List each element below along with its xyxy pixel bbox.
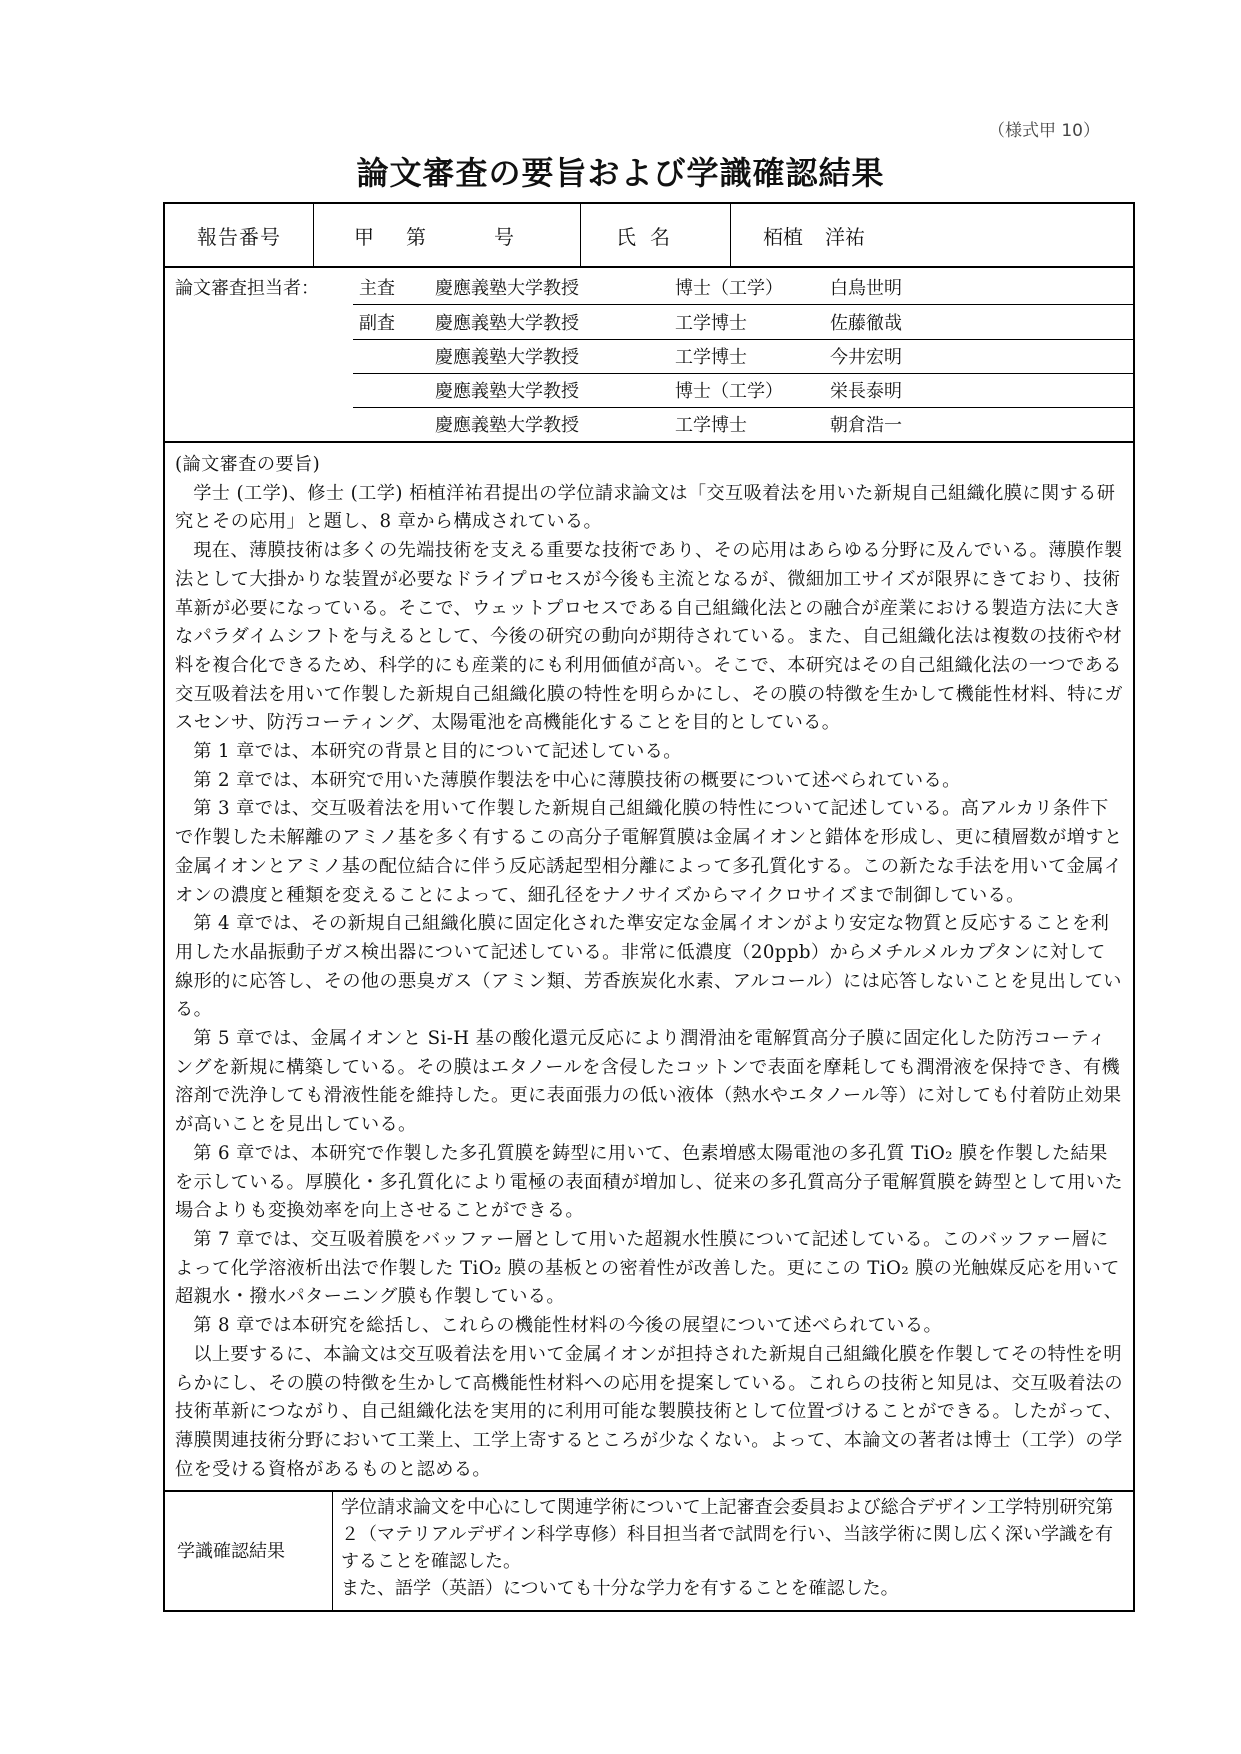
candidate-name: 栢植洋祐 [731, 204, 1133, 266]
report-number-field: 甲 第 号 [314, 204, 581, 266]
review-summary: (論文審査の要旨) 学士 (工学)、修士 (工学) 栢植洋祐君提出の学位請求論文… [165, 443, 1133, 1492]
examiner-row: 慶應義塾大学教授 工学博士 今井宏明 [353, 339, 1133, 374]
examiners-label: 論文審査担当者： [175, 274, 319, 300]
examiner-affiliation: 慶應義塾大学教授 [435, 377, 675, 403]
summary-paragraph: 第 1 章では、本研究の背景と目的について記述している。 [175, 738, 1123, 767]
examiner-name: 朝倉浩一 [830, 411, 1133, 437]
summary-paragraph: 学士 (工学)、修士 (工学) 栢植洋祐君提出の学位請求論文は「交互吸着法を用い… [175, 480, 1123, 537]
candidate-given-name: 洋祐 [825, 221, 865, 250]
summary-paragraph: 第 6 章では、本研究で作製した多孔質膜を鋳型に用いて、色素増感太陽電池の多孔質… [175, 1140, 1123, 1226]
confirmation-text: また、語学（英語）についても十分な学力を有することを確認した。 [341, 1575, 1125, 1602]
review-form: 報告番号 甲 第 号 氏名 栢植洋祐 論文審査担当者： 主査 慶應義塾大学教授 … [163, 202, 1135, 1612]
examiners-section: 論文審査担当者： 主査 慶應義塾大学教授 博士（工学） 白鳥世明 副査 慶應義塾… [165, 268, 1133, 443]
knowledge-confirmation-body: 学位請求論文を中心にして関連学術について上記審査会委員および総合デザイン工学特別… [333, 1492, 1133, 1610]
examiner-degree: 博士（工学） [675, 274, 830, 300]
summary-paragraph: 第 2 章では、本研究で用いた薄膜作製法を中心に薄膜技術の概要について述べられて… [175, 767, 1123, 796]
examiner-name: 白鳥世明 [830, 274, 1133, 300]
summary-paragraph: 以上要するに、本論文は交互吸着法を用いて金属イオンが担持された新規自己組織化膜を… [175, 1341, 1123, 1485]
examiner-name: 佐藤徹哉 [830, 309, 1133, 335]
examiner-degree: 博士（工学） [675, 377, 830, 403]
report-number-go: 号 [494, 221, 514, 250]
knowledge-confirmation-label: 学識確認結果 [165, 1492, 333, 1610]
examiner-row: 慶應義塾大学教授 博士（工学） 栄長泰明 [353, 373, 1133, 408]
summary-paragraph: 第 7 章では、交互吸着膜をバッファー層として用いた超親水性膜について記述してい… [175, 1226, 1123, 1312]
summary-heading: (論文審査の要旨) [175, 451, 1123, 480]
examiner-degree: 工学博士 [675, 411, 830, 437]
document-title: 論文審査の要旨および学識確認結果 [0, 148, 1241, 194]
examiner-row: 主査 慶應義塾大学教授 博士（工学） 白鳥世明 [353, 270, 1133, 305]
knowledge-confirmation-row: 学識確認結果 学位請求論文を中心にして関連学術について上記審査会委員および総合デ… [165, 1492, 1133, 1610]
examiner-affiliation: 慶應義塾大学教授 [435, 343, 675, 369]
summary-paragraph: 第 3 章では、交互吸着法を用いて作製した新規自己組織化膜の特性について記述して… [175, 795, 1123, 910]
summary-paragraph: 現在、薄膜技術は多くの先端技術を支える重要な技術であり、その応用はあらゆる分野に… [175, 537, 1123, 738]
examiner-row: 副査 慶應義塾大学教授 工学博士 佐藤徹哉 [353, 305, 1133, 340]
report-number-prefix: 甲 [354, 221, 374, 250]
examiner-affiliation: 慶應義塾大学教授 [435, 309, 675, 335]
confirmation-text: 学位請求論文を中心にして関連学術について上記審査会委員および総合デザイン工学特別… [341, 1494, 1125, 1575]
examiner-degree: 工学博士 [675, 343, 830, 369]
report-number-label: 報告番号 [165, 204, 314, 266]
examiner-degree: 工学博士 [675, 309, 830, 335]
examiner-role: 副査 [353, 309, 435, 335]
examiner-role: 主査 [353, 274, 435, 300]
examiner-name: 今井宏明 [830, 343, 1133, 369]
examiner-affiliation: 慶應義塾大学教授 [435, 411, 675, 437]
summary-paragraph: 第 5 章では、金属イオンと Si-H 基の酸化還元反応により潤滑油を電解質高分… [175, 1025, 1123, 1140]
examiner-affiliation: 慶應義塾大学教授 [435, 274, 675, 300]
examiner-name: 栄長泰明 [830, 377, 1133, 403]
report-header-row: 報告番号 甲 第 号 氏名 栢植洋祐 [165, 204, 1133, 268]
name-label: 氏名 [581, 204, 731, 266]
report-number-dai: 第 [406, 221, 426, 250]
summary-paragraph: 第 8 章では本研究を総括し、これらの機能性材料の今後の展望について述べられてい… [175, 1312, 1123, 1341]
examiner-row: 慶應義塾大学教授 工学博士 朝倉浩一 [353, 407, 1133, 441]
candidate-surname: 栢植 [763, 221, 803, 250]
summary-paragraph: 第 4 章では、その新規自己組織化膜に固定化された準安定な金属イオンがより安定な… [175, 910, 1123, 1025]
form-code: （様式甲 10） [980, 116, 1100, 141]
